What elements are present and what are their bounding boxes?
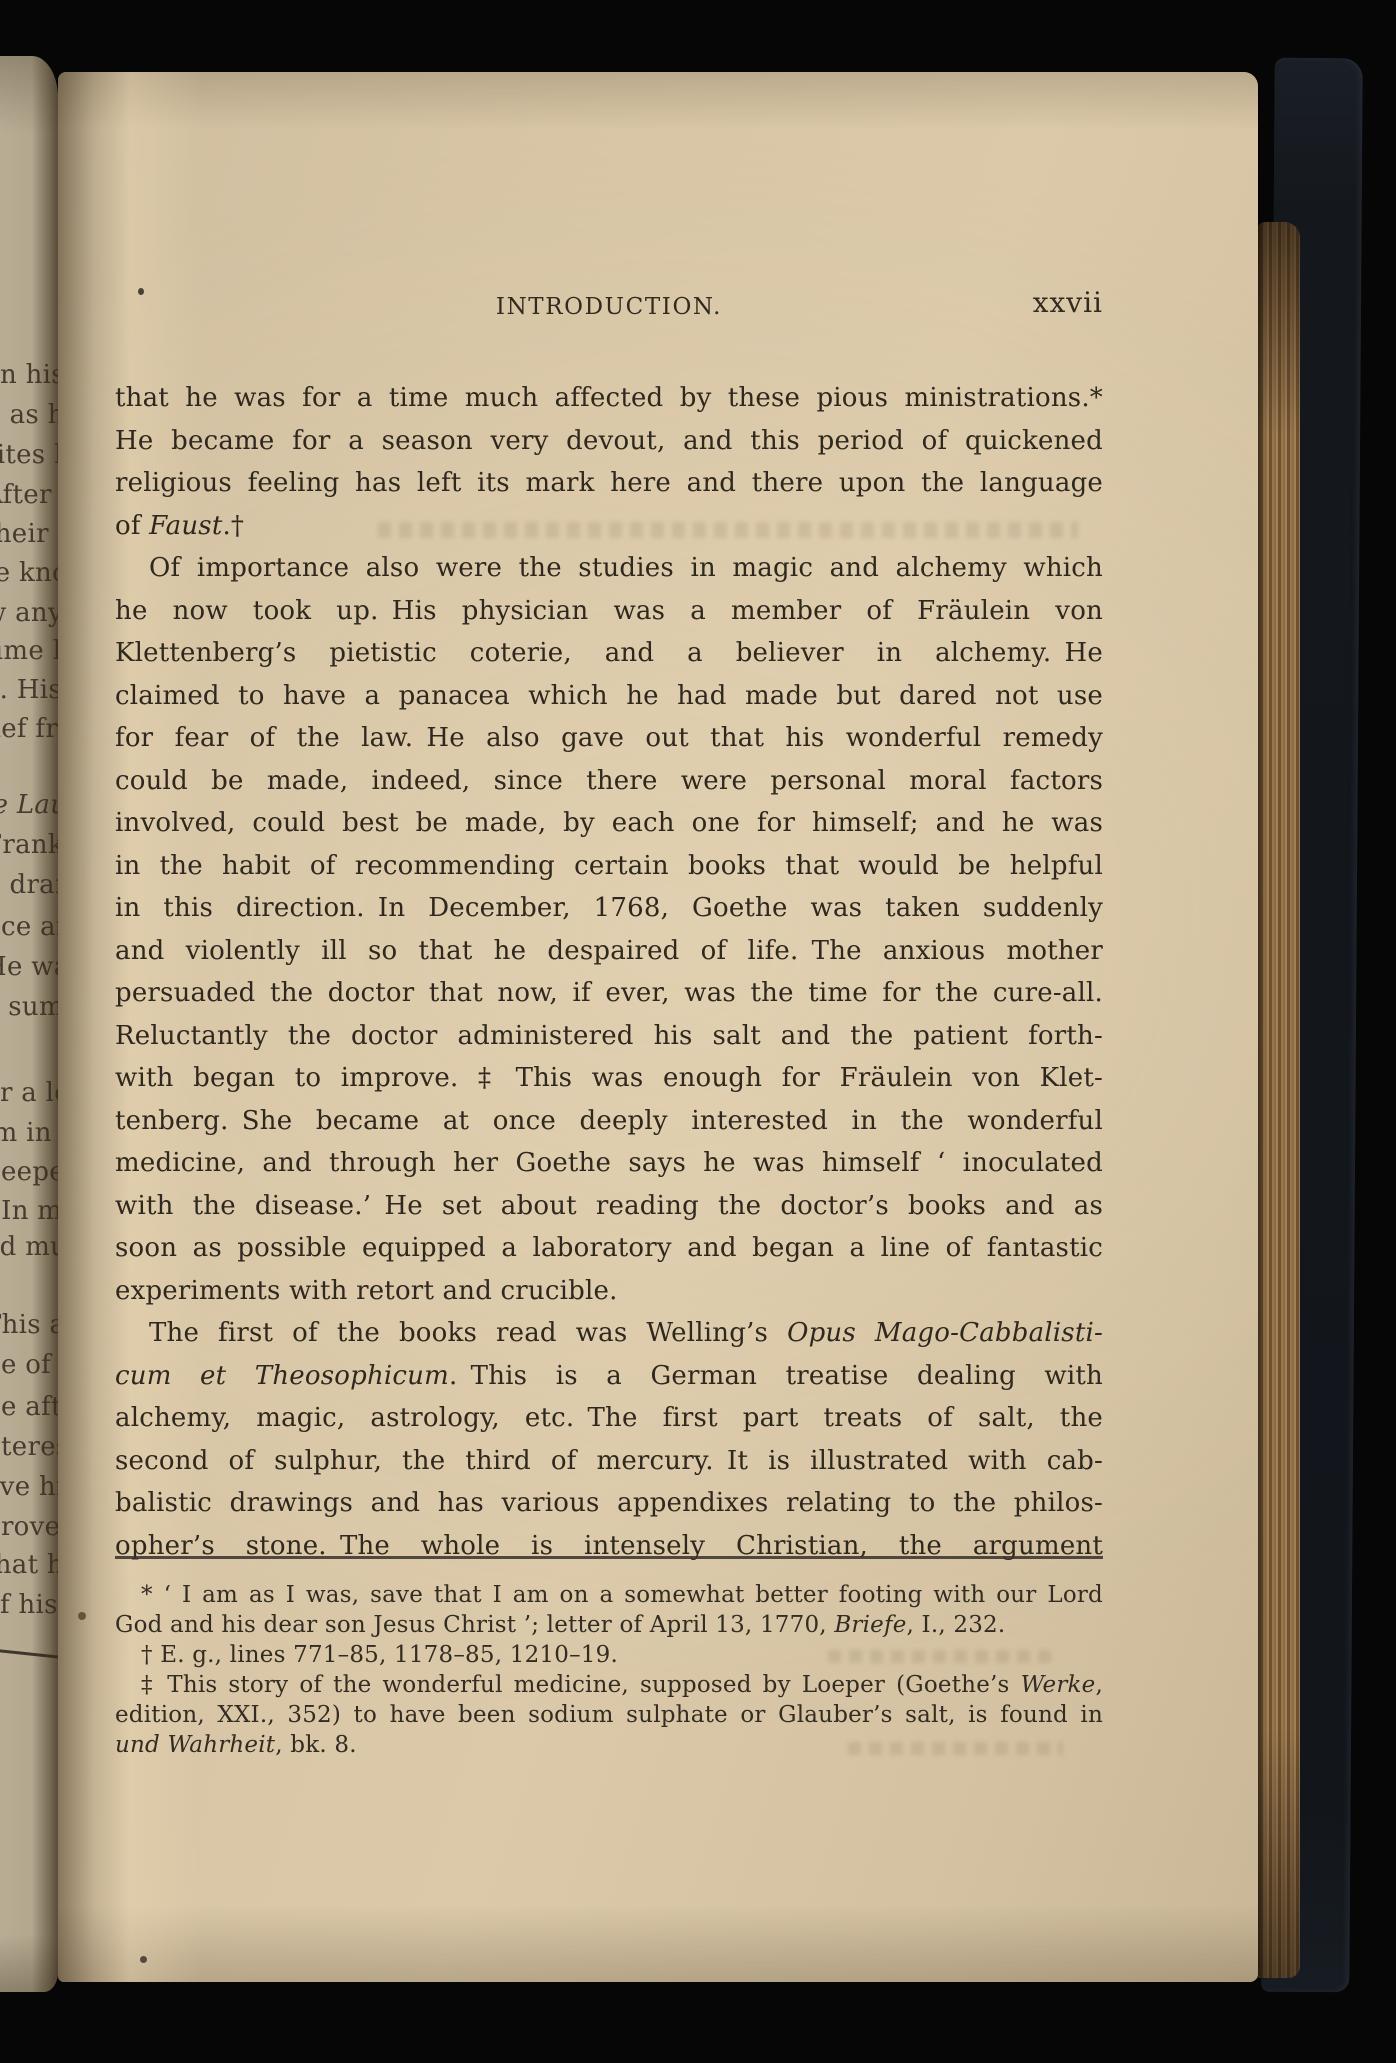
text-segment: w anything	[0, 598, 58, 628]
text-segment: nterested he	[0, 1432, 58, 1462]
text-segment: ed much th	[0, 1232, 58, 1262]
body-line: soon as possible equipped a laboratory a…	[115, 1227, 1103, 1270]
facing-page-text-fragment: their subje	[0, 519, 58, 549]
body-line: opher’s stone. The whole is intensely Ch…	[115, 1525, 1103, 1568]
text-segment: This allude	[0, 1310, 58, 1340]
body-line: tenberg. She became at once deeply inter…	[115, 1100, 1103, 1143]
facing-page-text-fragment: he afterwar	[0, 1392, 58, 1422]
body-line: medicine, and through her Goethe says he…	[115, 1142, 1103, 1185]
footnote-line: edition, XXI., 352) to have been sodium …	[115, 1701, 1103, 1731]
text-segment: of	[115, 511, 149, 541]
text-segment: medicine, and through her Goethe says he…	[115, 1148, 1103, 1178]
body-line: Of importance also were the studies in m…	[115, 547, 1103, 590]
facing-page-sliver: on his grn as he garites his siAfter dil…	[0, 56, 58, 1992]
body-line: alchemy, magic, astrology, etc. The firs…	[115, 1397, 1103, 1440]
body-line: in the habit of recommending certain boo…	[115, 845, 1103, 888]
body-line: experiments with retort and crucible.	[115, 1270, 1103, 1313]
text-segment: that he was for a time much affected by …	[115, 383, 1103, 413]
italic-text: cum et Theosophicum	[115, 1361, 449, 1391]
body-line: that he was for a time much affected by …	[115, 377, 1103, 420]
facing-page-text-fragment: te knowled	[0, 558, 58, 588]
text-segment: experiments with retort and crucible.	[115, 1276, 618, 1306]
text-segment: ge of the pio	[0, 1350, 58, 1380]
text-segment: he now took up. His physician was a memb…	[115, 596, 1103, 626]
facing-page-text-fragment: He was lea	[0, 952, 58, 982]
text-segment: tenberg. She became at once deeply inter…	[115, 1106, 1103, 1136]
text-segment: religious feeling has left its mark here…	[115, 468, 1103, 498]
running-head: INTRODUCTION. xxvii	[115, 286, 1103, 328]
italic-text: Faust	[149, 511, 222, 541]
footnote-rule	[115, 1556, 1103, 1559]
italic-text: Opus Mago-Cabbalisti-	[787, 1318, 1103, 1348]
body-line: Klettenberg’s pietistic coterie, and a b…	[115, 632, 1103, 675]
text-segment: d drama, D	[0, 870, 58, 900]
text-segment: for fear of the law. He also gave out th…	[115, 723, 1103, 753]
text-segment: soon as possible equipped a laboratory a…	[115, 1233, 1103, 1263]
text-segment: Frankfurt li	[0, 830, 58, 860]
text-segment: time had le	[0, 636, 58, 666]
show-through-mark	[828, 1650, 1058, 1663]
page-number: xxvii	[1033, 286, 1103, 319]
show-through-mark	[848, 1742, 1063, 1755]
dust-speck	[78, 1612, 86, 1620]
text-segment: second of sulphur, the third of mercury.…	[115, 1446, 1103, 1476]
text-segment: God and his dear son Jesus Christ ’; let…	[115, 1612, 834, 1638]
facing-page-text-fragment: e summer	[0, 992, 58, 1022]
book-page: INTRODUCTION. xxvii that he was for a ti…	[58, 72, 1258, 1982]
text-segment: † E. g., lines 771–85, 1178–85, 1210–19.	[141, 1642, 618, 1668]
text-segment: or a long tim	[0, 1078, 58, 1108]
facing-page-text-fragment: w anything	[0, 598, 58, 628]
text-segment: edition, XXI., 352) to have been sodium …	[115, 1702, 1103, 1728]
text-segment: persuaded the doctor that now, if ever, …	[115, 978, 1103, 1008]
text-segment: balistic drawings and has various append…	[115, 1488, 1103, 1518]
facing-page-footnote-rule	[0, 1648, 58, 1659]
facing-page-text-fragment: ‘ In my	[0, 1196, 58, 1226]
facing-page-text-fragment: n as he ga	[0, 400, 58, 430]
facing-page-text-fragment: ave him mi	[0, 1472, 58, 1502]
text-segment: in this direction. In December, 1768, Go…	[115, 893, 1103, 923]
text-segment: and violently ill so that he despaired o…	[115, 936, 1103, 966]
facing-page-text-fragment: nterested he	[0, 1432, 58, 1462]
body-line: in this direction. In December, 1768, Go…	[115, 887, 1103, 930]
facing-page-text-fragment: nce and ou	[0, 912, 58, 942]
facing-page-text-fragment: time had le	[0, 636, 58, 666]
text-segment: with the disease.’ He set about reading …	[115, 1191, 1103, 1221]
body-line: involved, could best be made, by each on…	[115, 802, 1103, 845]
italic-text: ie Laune h	[0, 790, 58, 820]
text-segment: in the habit of recommending certain boo…	[115, 851, 1103, 881]
text-segment: deepening li	[0, 1157, 58, 1187]
text-segment: , bk. 8.	[275, 1732, 356, 1758]
text-segment: that he hi	[0, 1550, 58, 1580]
facing-page-text-fragment: ge of the pio	[0, 1350, 58, 1380]
text-segment: He became for a season very devout, and …	[115, 426, 1103, 456]
facing-page-text-fragment: deepening li	[0, 1157, 58, 1187]
text-segment: He was lea	[0, 952, 58, 982]
body-line: could be made, indeed, since there were …	[115, 760, 1103, 803]
book-photo: on his grn as he garites his siAfter dil…	[0, 0, 1396, 2063]
text-segment: e summer	[0, 992, 58, 1022]
facing-page-text-fragment: e. His pa	[0, 675, 58, 705]
text-segment: nce and ou	[0, 912, 58, 942]
text-segment: could be made, indeed, since there were …	[115, 766, 1103, 796]
show-through-mark	[378, 522, 1078, 538]
body-line: religious feeling has left its mark here…	[115, 462, 1103, 505]
text-segment: After dilati	[0, 480, 58, 510]
facing-page-text-fragment: of his sha	[0, 1590, 58, 1620]
body-line: he now took up. His physician was a memb…	[115, 590, 1103, 633]
text-segment: he afterwar	[0, 1392, 58, 1422]
text-segment: .†	[222, 511, 244, 541]
footnote-line: God and his dear son Jesus Christ ’; let…	[115, 1611, 1103, 1641]
body-line: cum et Theosophicum. This is a German tr…	[115, 1355, 1103, 1398]
body-line: second of sulphur, the third of mercury.…	[115, 1440, 1103, 1483]
body-line: for fear of the law. He also gave out th…	[115, 717, 1103, 760]
text-segment: claimed to have a panacea which he had m…	[115, 681, 1103, 711]
dust-speck	[140, 1956, 147, 1963]
body-line: Reluctantly the doctor administered his …	[115, 1015, 1103, 1058]
text-segment: involved, could best be made, by each on…	[115, 808, 1103, 838]
facing-page-text-fragment: on his gr	[0, 360, 58, 390]
italic-text: und Wahrheit	[115, 1732, 275, 1758]
text-segment: * ‘ I am as I was, save that I am on a s…	[141, 1582, 1103, 1608]
body-line: He became for a season very devout, and …	[115, 420, 1103, 463]
text-segment: alchemy, magic, astrology, etc. The firs…	[115, 1403, 1103, 1433]
text-segment: e. His pa	[0, 675, 58, 705]
text-segment: The first of the books read was Welling’…	[149, 1318, 787, 1348]
text-segment: ave him mi	[0, 1472, 58, 1502]
text-segment: of his sha	[0, 1590, 58, 1620]
body-line: persuaded the doctor that now, if ever, …	[115, 972, 1103, 1015]
facing-page-text-fragment: This allude	[0, 1310, 58, 1340]
facing-page-text-fragment: im in its gri	[0, 1118, 58, 1148]
italic-text: Werke	[1021, 1672, 1096, 1698]
text-segment: lief from th	[0, 714, 58, 744]
text-segment: Reluctantly the doctor administered his …	[115, 1021, 1103, 1051]
text-segment: ‘ In my	[0, 1196, 58, 1226]
body-line: and violently ill so that he despaired o…	[115, 930, 1103, 973]
text-segment: n as he ga	[0, 400, 58, 430]
text-segment: Of importance also were the studies in m…	[149, 553, 1103, 583]
facing-page-text-fragment: Frankfurt li	[0, 830, 58, 860]
facing-page-text-fragment: lief from th	[0, 714, 58, 744]
facing-page-text-fragment: ie Laune h	[0, 790, 58, 820]
text-segment: rites his si	[0, 440, 58, 470]
footnote-line: * ‘ I am as I was, save that I am on a s…	[115, 1581, 1103, 1611]
body-line: The first of the books read was Welling’…	[115, 1312, 1103, 1355]
page-fore-edge-stack	[1256, 222, 1300, 1978]
text-segment: . This is a German treatise dealing with	[449, 1361, 1103, 1391]
facing-page-text-fragment: ed much th	[0, 1232, 58, 1262]
facing-page-text-fragment: After dilati	[0, 480, 58, 510]
facing-page-text-fragment: or a long tim	[0, 1078, 58, 1108]
text-segment: im in its gri	[0, 1118, 58, 1148]
text-segment: proved but	[0, 1512, 58, 1542]
facing-page-text-fragment: d drama, D	[0, 870, 58, 900]
body-line: balistic drawings and has various append…	[115, 1482, 1103, 1525]
text-segment: with began to improve. ‡ This was enough…	[115, 1063, 1103, 1093]
text-segment: on his gr	[0, 360, 58, 390]
text-segment: , I., 232.	[907, 1612, 1006, 1638]
text-segment: ‡ This story of the wonderful medicine, …	[141, 1672, 1021, 1698]
facing-page-text-fragment: that he hi	[0, 1550, 58, 1580]
dust-speck	[138, 288, 144, 295]
text-segment: te knowled	[0, 558, 58, 588]
italic-text: Briefe	[834, 1612, 906, 1638]
facing-page-text-fragment: proved but	[0, 1512, 58, 1542]
facing-page-text-fragment: rites his si	[0, 440, 58, 470]
body-line: claimed to have a panacea which he had m…	[115, 675, 1103, 718]
text-segment: Klettenberg’s pietistic coterie, and a b…	[115, 638, 1103, 668]
body-line: with began to improve. ‡ This was enough…	[115, 1057, 1103, 1100]
text-segment: their subje	[0, 519, 58, 549]
body-line: with the disease.’ He set about reading …	[115, 1185, 1103, 1228]
page-title: INTRODUCTION.	[115, 286, 1103, 320]
footnote-line: ‡ This story of the wonderful medicine, …	[115, 1671, 1103, 1701]
